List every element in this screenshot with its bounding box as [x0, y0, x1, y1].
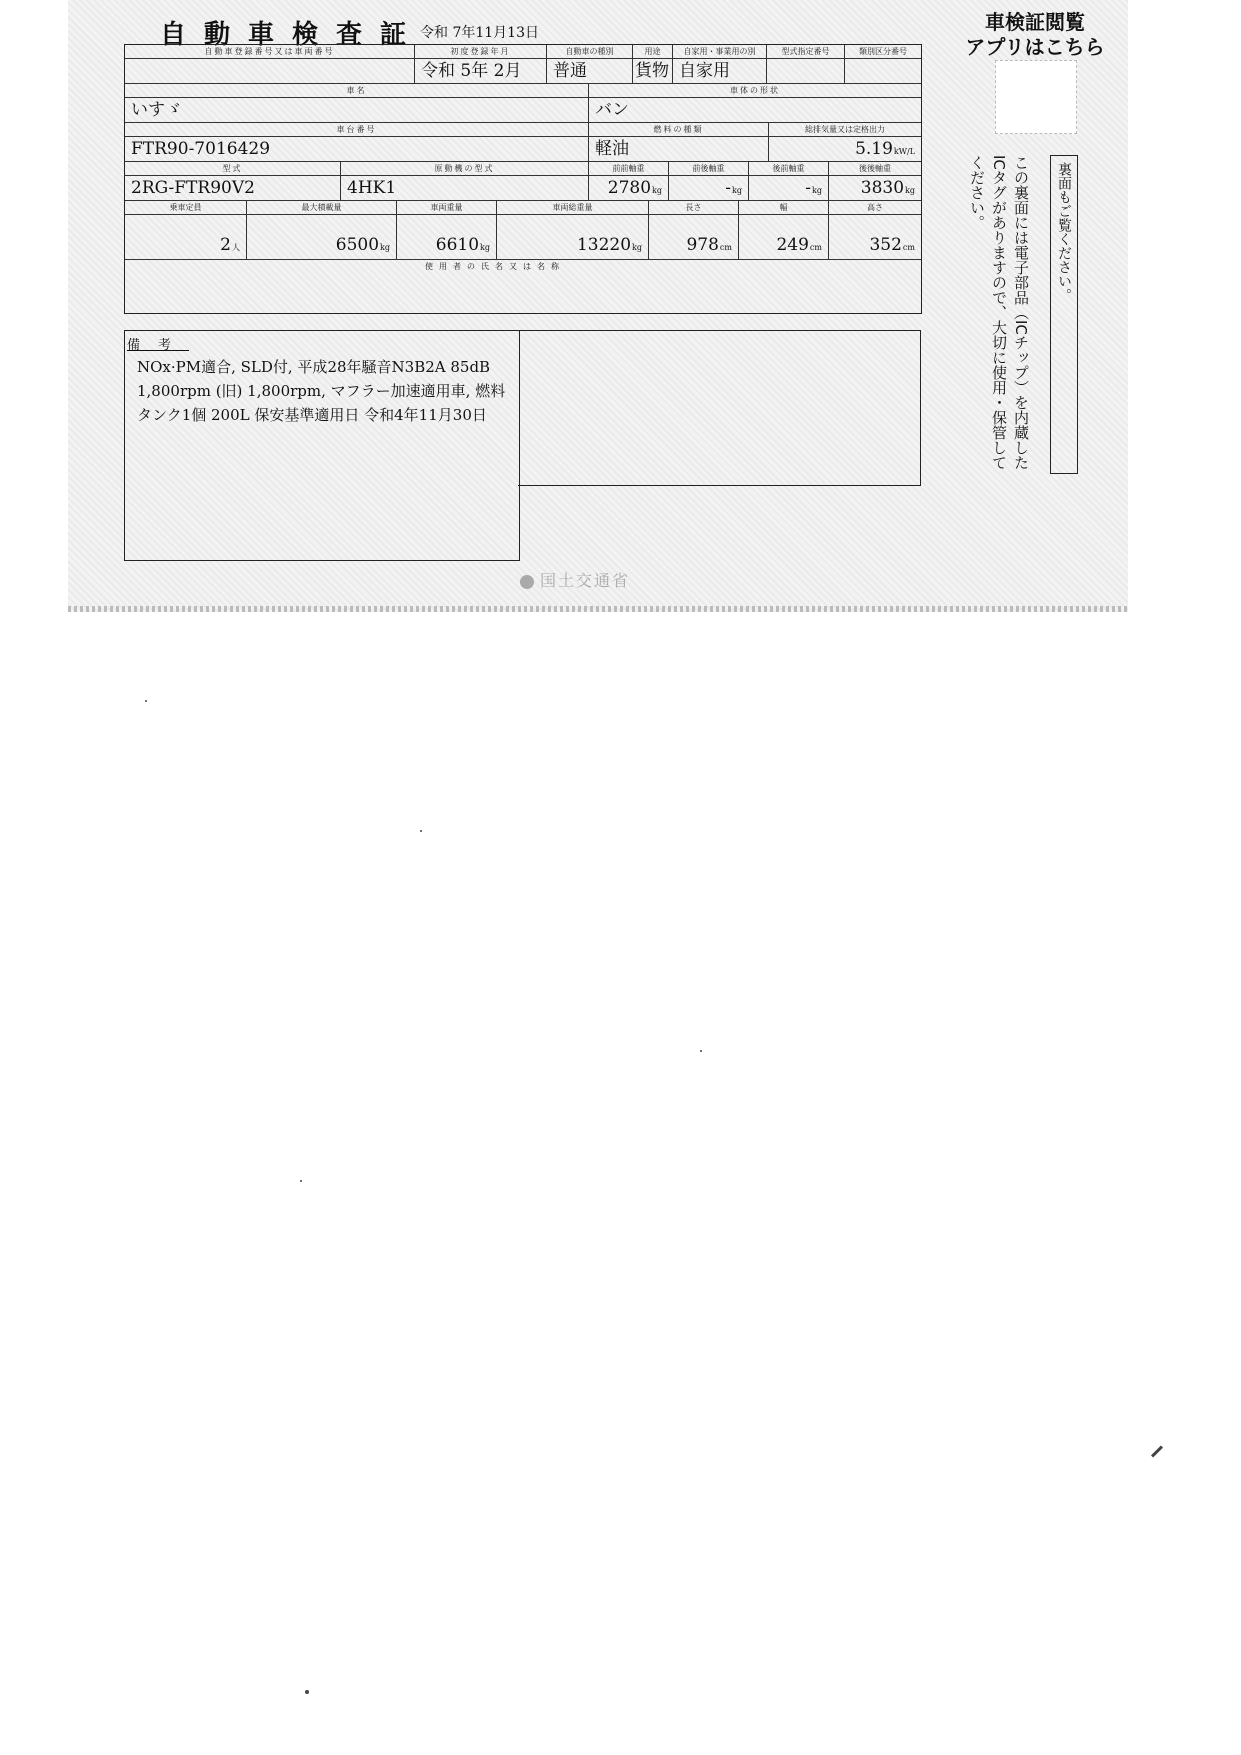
reg-number-value — [125, 59, 414, 83]
engine-model-cell: 原動機の型式 4HK1 — [341, 162, 589, 200]
capacity-cell: 乗車定員 2人 — [125, 201, 247, 259]
width-label: 幅 — [739, 201, 828, 215]
row-model: 型式 2RG-FTR90V2 原動機の型式 4HK1 前前軸重 2780kg 前… — [125, 162, 921, 201]
rear-front-axle-label: 後前軸重 — [749, 162, 828, 176]
length-value: 978cm — [649, 215, 738, 259]
rear-front-axle-value: -kg — [749, 176, 828, 200]
use-cell: 用途 貨物 — [633, 45, 673, 83]
height-label: 高さ — [829, 201, 921, 215]
height-cell: 高さ 352cm — [829, 201, 921, 259]
use-label: 用途 — [633, 45, 672, 59]
fuel-type-value: 軽油 — [589, 137, 768, 161]
private-business-cell: 自家用・事業用の別 自家用 — [673, 45, 767, 83]
use-value: 貨物 — [633, 59, 672, 83]
vehicle-name-cell: 車名 いすゞ — [125, 84, 589, 122]
first-reg-label: 初度登録年月 — [415, 45, 546, 59]
engine-model-value: 4HK1 — [341, 176, 588, 200]
scan-mark — [1151, 1445, 1163, 1457]
vehicle-weight-cell: 車両重量 6610kg — [397, 201, 497, 259]
row-vehicle-name: 車名 いすゞ 車体の形状 バン — [125, 84, 921, 123]
first-reg-value: 令和 5年 2月 — [415, 59, 546, 83]
chassis-number-cell: 車台番号 FTR90-7016429 — [125, 123, 589, 161]
vehicle-type-label: 自動車の種別 — [547, 45, 632, 59]
max-load-label: 最大積載量 — [247, 201, 396, 215]
capacity-label: 乗車定員 — [125, 201, 246, 215]
front-front-axle-value: 2780kg — [589, 176, 668, 200]
length-cell: 長さ 978cm — [649, 201, 739, 259]
length-label: 長さ — [649, 201, 738, 215]
chassis-number-value: FTR90-7016429 — [125, 137, 588, 161]
fuel-type-cell: 燃料の種類 軽油 — [589, 123, 769, 161]
fuel-type-label: 燃料の種類 — [589, 123, 768, 137]
reg-number-cell: 自動車登録番号又は車両番号 — [125, 45, 415, 83]
body-shape-cell: 車体の形状 バン — [589, 84, 921, 122]
private-business-value: 自家用 — [673, 59, 766, 83]
scan-speck — [420, 830, 422, 832]
private-business-label: 自家用・事業用の別 — [673, 45, 766, 59]
front-front-axle-cell: 前前軸重 2780kg — [589, 162, 669, 200]
category-number-value — [845, 59, 921, 83]
ic-chip-notice: この裏面には電子部品（ICチップ）を内蔵したICタグがありますので、大切に使用・… — [966, 155, 1032, 475]
user-name-cell: 使用者の氏名又は名称 — [125, 260, 921, 313]
front-front-axle-label: 前前軸重 — [589, 162, 668, 176]
displacement-cell: 総排気量又は定格出力 5.19kW/L — [769, 123, 921, 161]
gross-weight-cell: 車両総重量 13220kg — [497, 201, 649, 259]
height-value: 352cm — [829, 215, 921, 259]
displacement-label: 総排気量又は定格出力 — [769, 123, 921, 137]
max-load-value: 6500kg — [247, 215, 396, 259]
scan-speck — [145, 700, 147, 702]
body-shape-value: バン — [589, 98, 921, 122]
remarks-text: NOx·PM適合, SLD付, 平成28年騒音N3B2A 85dB 1,800r… — [137, 355, 507, 427]
category-number-cell: 類別区分番号 — [845, 45, 921, 83]
user-name-value — [125, 273, 921, 313]
type-designation-label: 型式指定番号 — [767, 45, 844, 59]
vehicle-name-value: いすゞ — [125, 98, 588, 122]
first-reg-cell: 初度登録年月 令和 5年 2月 — [415, 45, 547, 83]
vehicle-weight-label: 車両重量 — [397, 201, 496, 215]
remarks-label: 備考 — [127, 334, 519, 353]
gross-weight-label: 車両総重量 — [497, 201, 648, 215]
app-promo-title: 車検証閲覧 アプリはこちら — [950, 10, 1120, 60]
max-load-cell: 最大積載量 6500kg — [247, 201, 397, 259]
gross-weight-value: 13220kg — [497, 215, 648, 259]
width-cell: 幅 249cm — [739, 201, 829, 259]
row-user: 使用者の氏名又は名称 — [125, 260, 921, 313]
row-chassis: 車台番号 FTR90-7016429 燃料の種類 軽油 総排気量又は定格出力 5… — [125, 123, 921, 162]
qr-code-icon — [995, 60, 1077, 134]
ministry-name: 国土交通省 — [540, 571, 630, 590]
rear-rear-axle-value: 3830kg — [829, 176, 921, 200]
ministry-watermark: 国土交通省 — [520, 568, 630, 591]
certificate-form: 自動車登録番号又は車両番号 初度登録年月 令和 5年 2月 自動車の種別 普通 … — [124, 44, 922, 314]
issue-date: 令和 7年11月13日 — [420, 22, 539, 42]
see-reverse-notice: 裏面もご覧ください。 — [1050, 155, 1078, 474]
user-name-label: 使用者の氏名又は名称 — [125, 260, 921, 273]
vehicle-weight-value: 6610kg — [397, 215, 496, 259]
vehicle-type-cell: 自動車の種別 普通 — [547, 45, 633, 83]
row-weights: 乗車定員 2人 最大積載量 6500kg 車両重量 6610kg 車両総重量 1… — [125, 201, 921, 260]
displacement-value: 5.19kW/L — [769, 137, 921, 161]
vehicle-type-value: 普通 — [547, 59, 632, 83]
body-shape-label: 車体の形状 — [589, 84, 921, 98]
app-title-line1: 車検証閲覧 — [950, 10, 1120, 35]
model-cell: 型式 2RG-FTR90V2 — [125, 162, 341, 200]
front-rear-axle-label: 前後軸重 — [669, 162, 748, 176]
rear-front-axle-cell: 後前軸重 -kg — [749, 162, 829, 200]
vehicle-name-label: 車名 — [125, 84, 588, 98]
width-value: 249cm — [739, 215, 828, 259]
app-title-line2: アプリはこちら — [950, 35, 1120, 60]
front-rear-axle-cell: 前後軸重 -kg — [669, 162, 749, 200]
chassis-number-label: 車台番号 — [125, 123, 588, 137]
scan-speck — [305, 1690, 309, 1694]
scan-speck — [300, 1180, 302, 1182]
scan-speck — [700, 1050, 702, 1052]
row-registration: 自動車登録番号又は車両番号 初度登録年月 令和 5年 2月 自動車の種別 普通 … — [125, 45, 921, 84]
model-value: 2RG-FTR90V2 — [125, 176, 340, 200]
front-rear-axle-value: -kg — [669, 176, 748, 200]
reg-number-label: 自動車登録番号又は車両番号 — [125, 45, 414, 59]
engine-model-label: 原動機の型式 — [341, 162, 588, 176]
model-label: 型式 — [125, 162, 340, 176]
capacity-value: 2人 — [125, 215, 246, 259]
rear-rear-axle-label: 後後軸重 — [829, 162, 921, 176]
category-number-label: 類別区分番号 — [845, 45, 921, 59]
type-designation-value — [767, 59, 844, 83]
ministry-logo-icon — [520, 575, 534, 589]
type-designation-cell: 型式指定番号 — [767, 45, 845, 83]
remarks-box: 備考 NOx·PM適合, SLD付, 平成28年騒音N3B2A 85dB 1,8… — [124, 330, 520, 561]
rear-rear-axle-cell: 後後軸重 3830kg — [829, 162, 921, 200]
blank-area — [518, 330, 921, 486]
